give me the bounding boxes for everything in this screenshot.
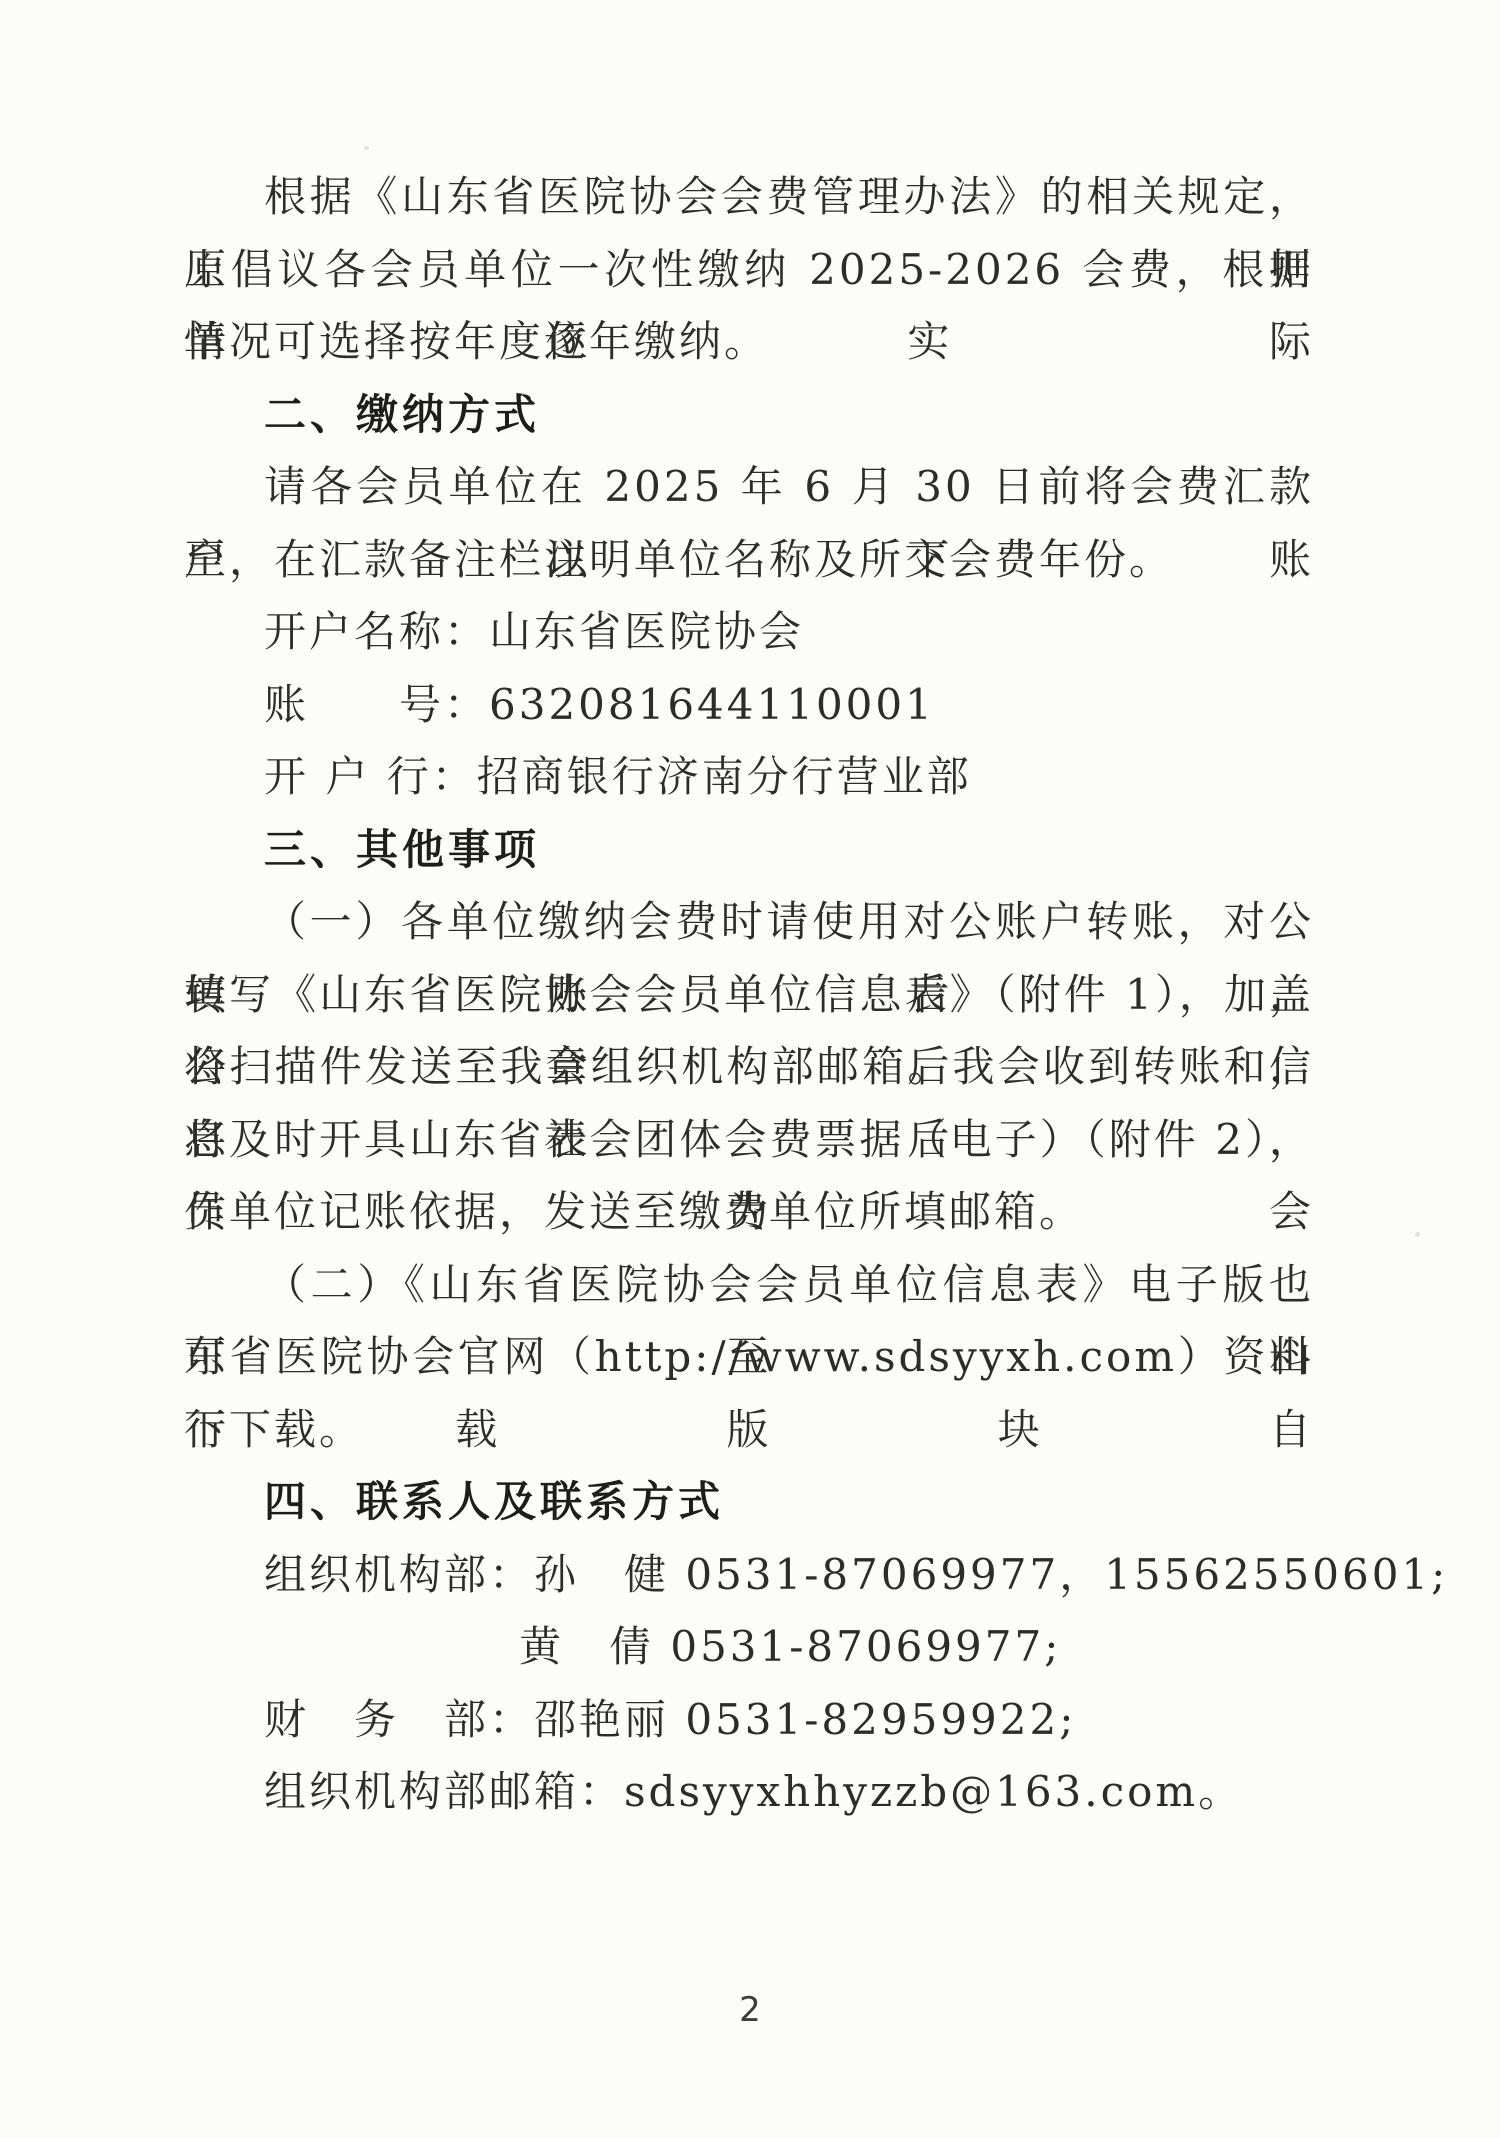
document-body: 根据《山东省医院协会会费管理办法》的相关规定，原则 上倡议各会员单位一次性缴纳 … [184, 161, 1314, 1829]
page-number: 2 [0, 1985, 1500, 2035]
section-heading-other-items: 三、其他事项 [184, 814, 1314, 887]
contact-email-line: 组织机构部邮箱：sdsyyxhhyzzb@163.com。 [184, 1756, 1314, 1829]
scanned-document-page: 根据《山东省医院协会会费管理办法》的相关规定，原则 上倡议各会员单位一次性缴纳 … [0, 0, 1500, 2138]
section-heading-payment-method: 二、缴纳方式 [184, 379, 1314, 452]
scan-speck [1415, 1232, 1420, 1237]
contact-org-dept-line: 组织机构部：孙 健 0531-87069977，15562550601; [184, 1539, 1314, 1612]
scan-speck [364, 146, 369, 150]
other-item-2-line-1: （二）《山东省医院协会会员单位信息表》电子版也可至山 [184, 1249, 1314, 1322]
other-item-1-line-1: （一）各单位缴纳会费时请使用对公账户转账，对公转账后， [184, 886, 1314, 959]
other-item-2-line-2: 东省医院协会官网（http://www.sdsyyxh.com）资料下载版块自 [184, 1321, 1314, 1394]
intro-paragraph-line-1: 根据《山东省医院协会会费管理办法》的相关规定，原则 [184, 161, 1314, 234]
contact-org-dept-line-2: 黄 倩 0531-87069977; [184, 1611, 1314, 1684]
other-item-1-line-2: 填写《山东省医院协会会员单位信息表》（附件 1），加盖公章后， [184, 959, 1314, 1032]
intro-paragraph-line-2: 上倡议各会员单位一次性缴纳 2025-2026 会费，根据单位实际 [184, 234, 1314, 307]
other-item-1-line-3: 将扫描件发送至我会组织机构部邮箱。我会收到转账和信息表后， [184, 1031, 1314, 1104]
bank-account-number-line: 账 号：632081644110001 [184, 669, 1314, 742]
bank-account-name-line: 开户名称：山东省医院协会 [184, 596, 1314, 669]
contact-finance-dept-line: 财 务 部：邵艳丽 0531-82959922; [184, 1684, 1314, 1757]
other-item-1-line-4: 将及时开具山东省社会团体会费票据（电子）（附件 2），作为会 [184, 1104, 1314, 1177]
payment-paragraph-line-2: 户，在汇款备注栏注明单位名称及所交会费年份。 [184, 524, 1314, 597]
payment-paragraph-line-1: 请各会员单位在 2025 年 6 月 30 日前将会费汇款至以下账 [184, 451, 1314, 524]
section-heading-contacts: 四、联系人及联系方式 [184, 1466, 1314, 1539]
bank-branch-line: 开 户 行：招商银行济南分行营业部 [184, 741, 1314, 814]
